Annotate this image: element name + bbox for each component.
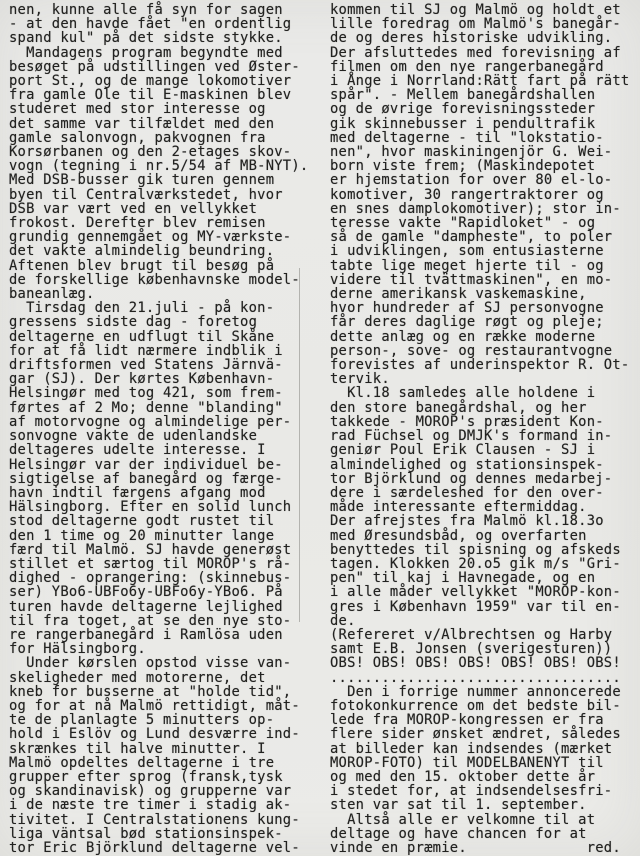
column-divider <box>299 268 300 622</box>
left-column-text: nen, kunne alle få syn for sagen - at de… <box>9 3 308 855</box>
scanned-document-page: nen, kunne alle få syn for sagen - at de… <box>0 0 640 856</box>
right-column-text: kommen til SJ og Malmö og holdt et lille… <box>330 3 629 855</box>
